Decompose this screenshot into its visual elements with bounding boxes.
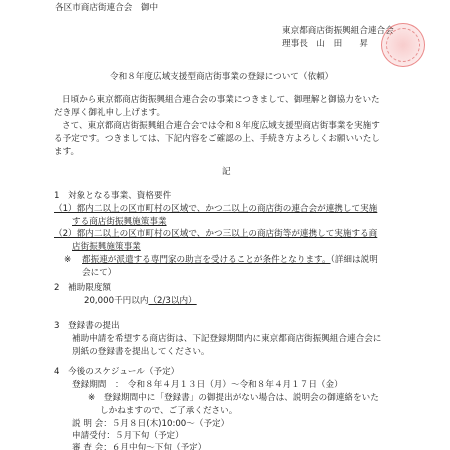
addressee: 各区市商店街連合会 御中	[55, 4, 158, 13]
section-1-item-2-cont: 店街振興施策事業	[72, 243, 141, 252]
application-acceptance: 申請受付：５月下旬（予定）	[72, 432, 184, 441]
body-p2-line3: ます。	[54, 148, 79, 157]
registration-period: 登録期間 ： 令和８年４月１３日（月）～令和８年４月１７日（金）	[72, 381, 343, 390]
official-seal	[381, 23, 425, 67]
sender-name: 理事長 山 田 昇	[282, 40, 368, 49]
section-1-item-1: （1）都内二以上の区市町村の区域で、かつ二以上の商店街の連合会が連携して実施	[54, 205, 377, 214]
sender-organization: 東京都商店街振興組合連合会	[282, 27, 394, 36]
section-1-item-1-cont: する商店街振興施策事業	[72, 218, 167, 227]
body-p1-line1: 日頃から東京都商店街振興組合連合会の事業につきまして、御理解と御協力をいた	[62, 96, 380, 105]
ratio: （2/3以内）	[148, 296, 196, 306]
section-4-heading: 4 今後のスケジュール（予定）	[54, 368, 179, 377]
body-p2-line2: る予定です。つきましては、下記内容をご確認の上、手続き方よろしくお願いいたし	[54, 135, 380, 144]
body-p1-line2: だき厚く御礼申し上げます。	[54, 109, 165, 118]
section-2-amount: 20,000千円以内（2/3以内）	[84, 297, 197, 306]
section-1-heading: 1 対象となる事業、資格要件	[54, 192, 171, 201]
section-1-note: 都振連が派遣する専門家の助言を受けることが条件となります。（詳細は説明	[82, 256, 378, 265]
section-1-note-cont: 会にて）	[82, 269, 116, 278]
section-3-heading: 3 登録書の提出	[54, 322, 120, 331]
section-2-heading: 2 補助限度額	[54, 284, 111, 293]
review-committee: 審 査 会：６月中旬～下旬（予定）	[72, 444, 206, 450]
note-rest: （詳細は説明	[331, 255, 378, 265]
registration-note: ※ 登録期間中に「登録書」の御提出がない場合は、説明会の御連絡をいた	[88, 394, 379, 403]
body-p2-line1: さて、東京都商店街振興組合連合会では令和８年度広域支援型商店街事業を実施す	[62, 122, 380, 131]
briefing-session: 説 明 会：５月８日(木)10:00～（予定）	[72, 420, 229, 429]
section-3-line2: 別紙の登録書を提出してください。	[72, 348, 210, 357]
subject-title: 令和８年度広域支援型商店街事業の登録について（依頼）	[110, 73, 333, 82]
section-3-line1: 補助申請を希望する商店街は、下記登録期間内に東京都商店街振興組合連合会に	[72, 335, 381, 344]
registration-note-cont: しかねますので、ご了承ください。	[100, 407, 237, 416]
section-1-item-2: （2）都内二以上の区市町村の区域で、かつ三以上の商店街等が連携して実施する商	[54, 230, 377, 239]
note-underlined: 都振連が派遣する専門家の助言を受けることが条件となります。	[82, 255, 331, 265]
amount: 20,000千円以内	[84, 296, 148, 306]
section-1-note-mark: ※	[64, 256, 71, 265]
ki-heading: 記	[222, 168, 231, 177]
